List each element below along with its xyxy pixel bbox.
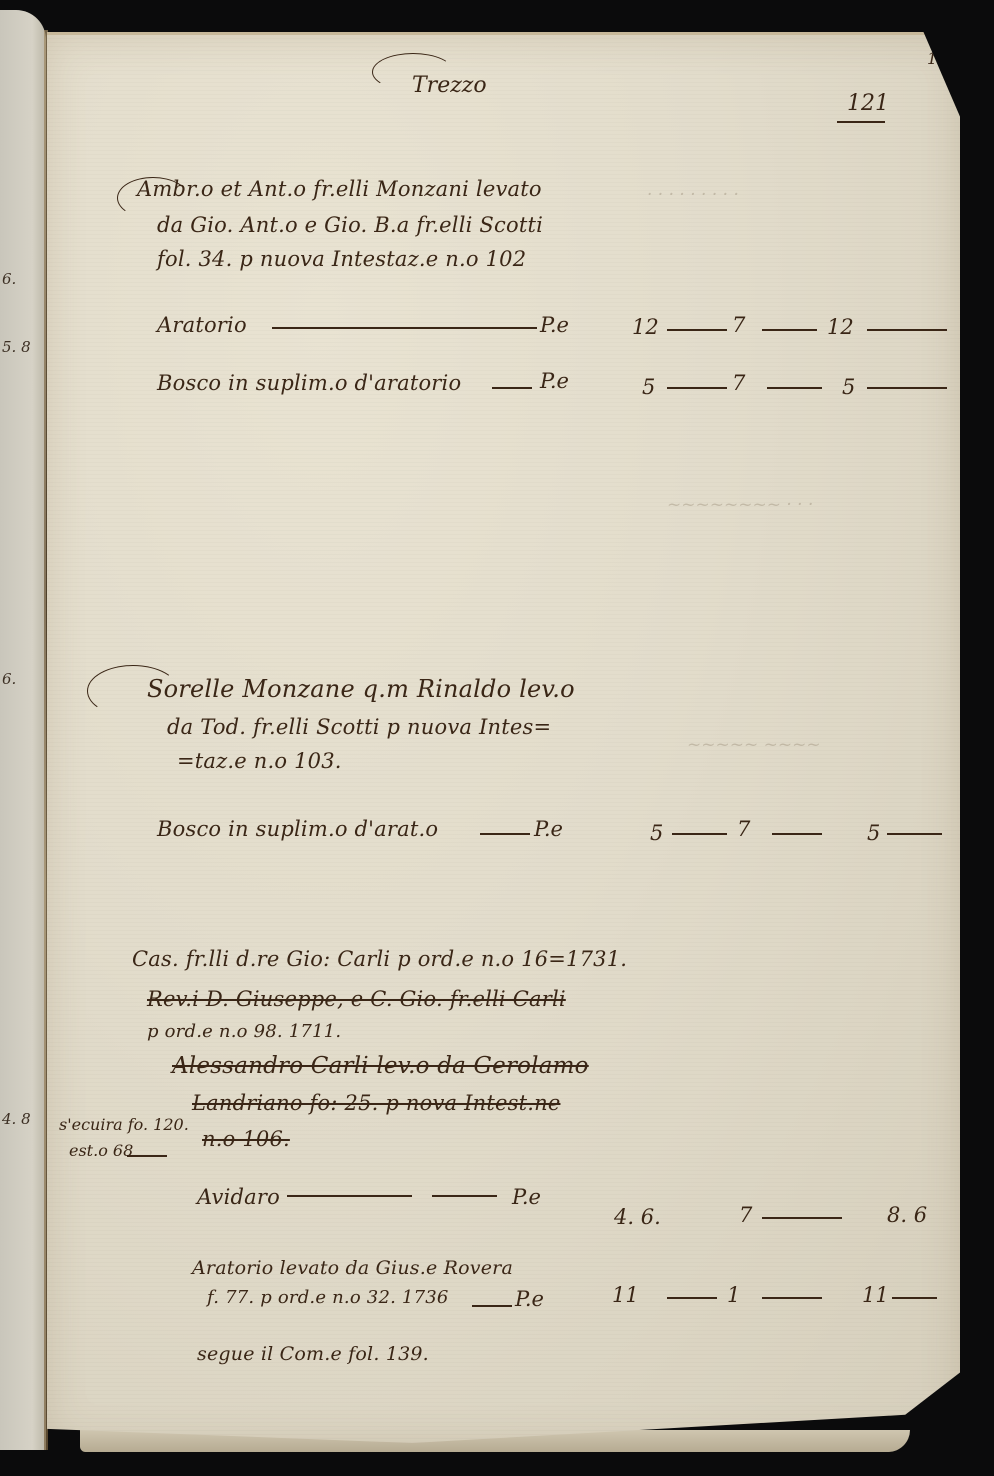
- continuation-note: segue il Com.e fol. 139.: [197, 1343, 429, 1365]
- leader-line: [272, 327, 537, 329]
- margin-note: est.o 68: [69, 1141, 133, 1160]
- leader-line: [472, 1305, 512, 1307]
- entry-title-line-struck: n.o 106.: [202, 1127, 290, 1151]
- facing-page-note: 4. 8: [2, 1110, 31, 1128]
- manuscript-page: · · · · · · · · · ~~~~~~~~ · · · ~~~~~ ~…: [47, 32, 960, 1443]
- leader-line: [772, 833, 822, 835]
- margin-note: s'ecuira fo. 120.: [59, 1115, 189, 1134]
- item-value: 7: [732, 313, 745, 337]
- bleed-through-text: ~~~~~~~~ · · ·: [667, 495, 813, 515]
- entry-title-line: Ambr.o et Ant.o fr.elli Monzani levato: [137, 177, 542, 201]
- item-label: Aratorio levato da Gius.e Rovera: [192, 1257, 513, 1279]
- leader-line: [667, 387, 727, 389]
- place-heading: Trezzo: [412, 73, 487, 98]
- leader-line: [492, 387, 532, 389]
- item-label: Bosco in suplim.o d'aratorio: [157, 371, 461, 395]
- facing-page-edge: 6. 5. 8 6. 4. 8: [0, 10, 46, 1450]
- entry-title-line-struck: Alessandro Carli lev.o da Gerolamo: [172, 1053, 589, 1079]
- item-value: 4. 6.: [614, 1205, 661, 1229]
- corner-number: 130: [927, 49, 958, 68]
- entry-title-line: Sorelle Monzane q.m Rinaldo lev.o: [147, 675, 575, 703]
- item-total: 8. 6: [887, 1203, 927, 1227]
- leader-line: [867, 329, 947, 331]
- item-total: 12: [827, 315, 854, 339]
- item-unit: P.e: [515, 1287, 544, 1311]
- entry-title-line: p ord.e n.o 98. 1711.: [147, 1021, 341, 1042]
- leader-line: [767, 387, 822, 389]
- item-value: 7: [732, 371, 745, 395]
- leader-line: [892, 1297, 937, 1299]
- facing-page-note: 5. 8: [2, 338, 31, 356]
- leader-line: [887, 833, 942, 835]
- leader-line: [432, 1195, 497, 1197]
- leader-line: [672, 833, 727, 835]
- item-label: Bosco in suplim.o d'arat.o: [157, 817, 438, 841]
- leader-line: [762, 1297, 822, 1299]
- entry-title-line: da Tod. fr.elli Scotti p nuova Intes=: [167, 715, 551, 739]
- bleed-through-text: · · · · · · · · ·: [647, 185, 739, 205]
- entry-title-line: fol. 34. p nuova Intestaz.e n.o 102: [157, 247, 526, 271]
- item-value: 5: [650, 821, 663, 845]
- leader-line: [867, 387, 947, 389]
- entry-title-line: =taz.e n.o 103.: [177, 749, 342, 773]
- folio-number: 121: [847, 91, 889, 116]
- item-total: 11: [862, 1283, 889, 1307]
- leader-line: [127, 1155, 167, 1157]
- item-unit: P.e: [534, 817, 563, 841]
- entry-title-line: Cas. fr.lli d.re Gio: Carli p ord.e n.o …: [132, 947, 627, 971]
- item-value: 1: [727, 1283, 740, 1307]
- leader-line: [762, 329, 817, 331]
- item-value: 7: [739, 1203, 752, 1227]
- item-unit: P.e: [540, 313, 569, 337]
- entry-title-line-struck: Rev.i D. Giuseppe, e C. Gio. fr.elli Car…: [147, 987, 566, 1011]
- item-label: Aratorio: [157, 313, 247, 337]
- leader-line: [667, 329, 727, 331]
- entry-title-line-struck: Landriano fo: 25. p nova Intest.ne: [192, 1091, 560, 1115]
- item-unit: P.e: [540, 369, 569, 393]
- item-value: 5: [642, 375, 655, 399]
- item-label: Avidaro: [197, 1185, 280, 1209]
- item-value: 7: [737, 817, 750, 841]
- facing-page-note: 6.: [2, 670, 16, 688]
- leader-line: [287, 1195, 412, 1197]
- entry-title-line: da Gio. Ant.o e Gio. B.a fr.elli Scotti: [157, 213, 543, 237]
- leader-line: [480, 833, 530, 835]
- leader-line: [667, 1297, 717, 1299]
- item-total: 5: [842, 375, 855, 399]
- bleed-through-text: ~~~~~ ~~~~: [687, 735, 821, 755]
- item-total: 5: [867, 821, 880, 845]
- facing-page-note: 6.: [2, 270, 16, 288]
- item-label-line2: f. 77. p ord.e n.o 32. 1736: [207, 1287, 449, 1308]
- item-value: 11: [612, 1283, 639, 1307]
- item-unit: P.e: [512, 1185, 541, 1209]
- leader-line: [762, 1217, 842, 1219]
- folio-underline: [837, 121, 885, 123]
- item-value: 12: [632, 315, 659, 339]
